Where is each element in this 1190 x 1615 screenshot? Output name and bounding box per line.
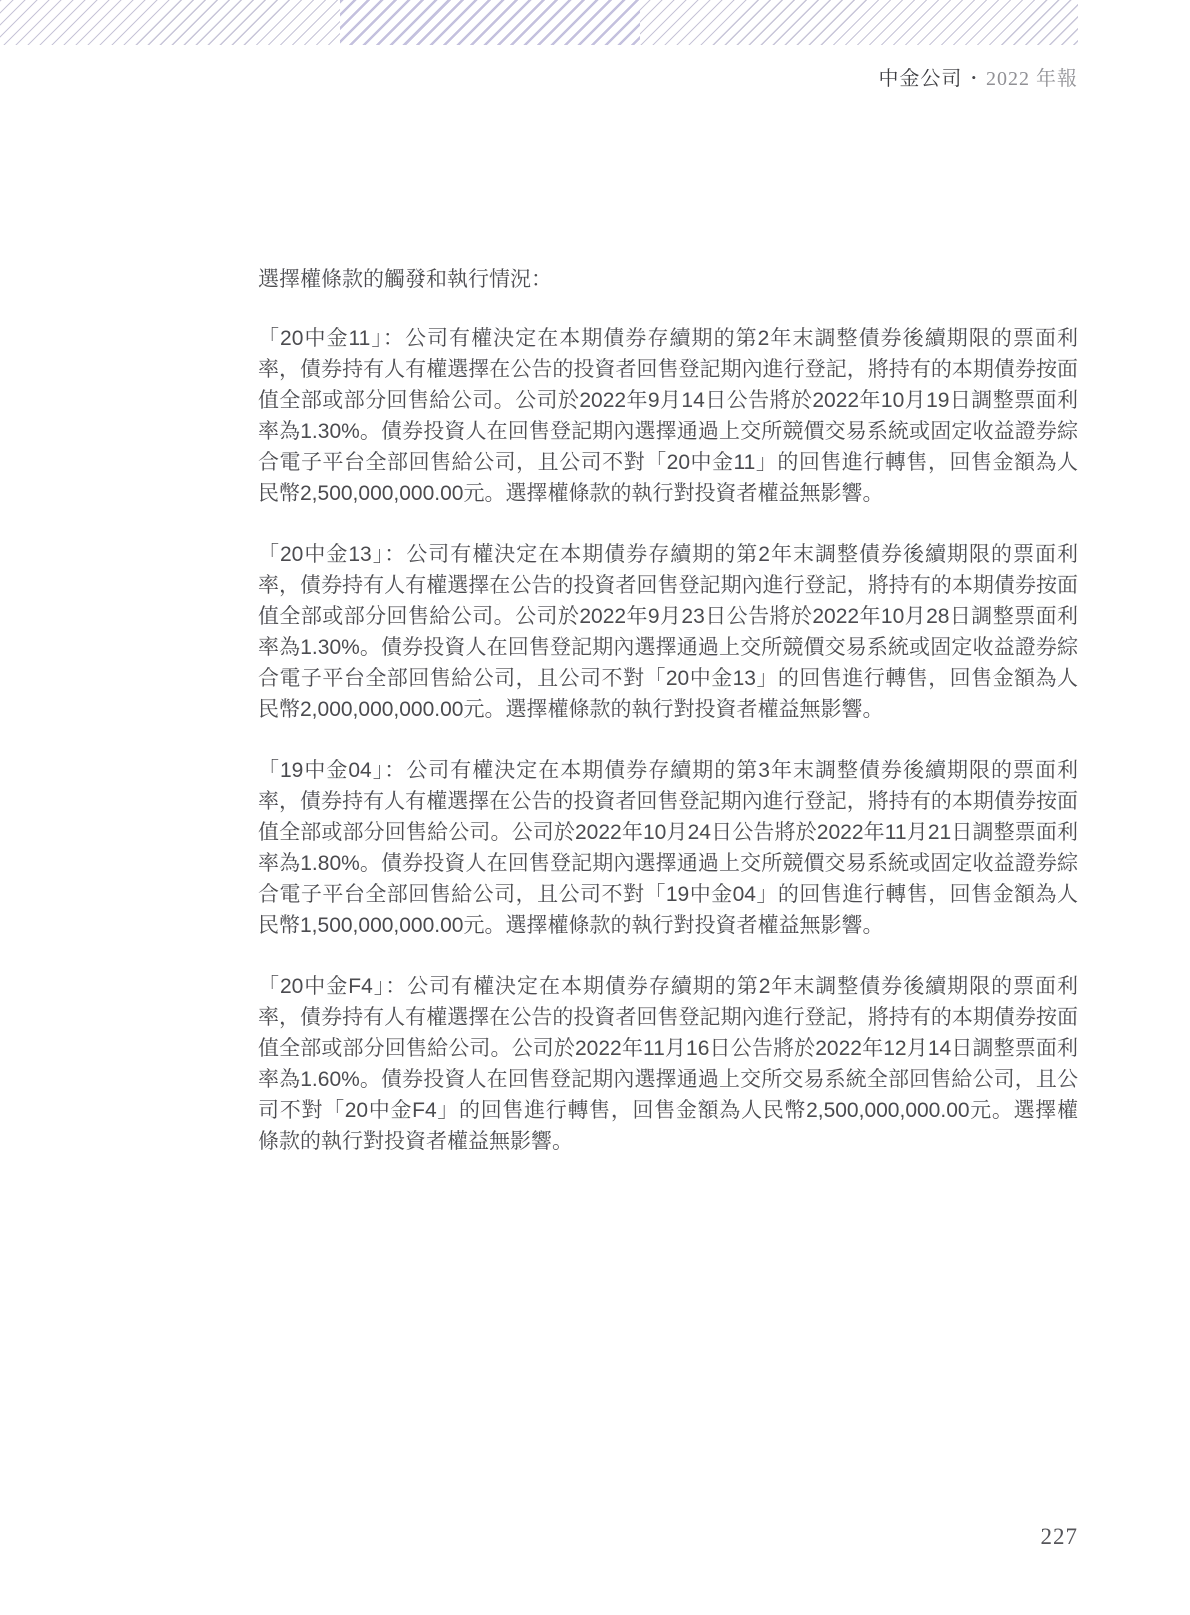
body-content: 選擇權條款的觸發和執行情況： 「20中金11」：公司有權決定在本期債券存續期的第…: [258, 264, 1078, 1157]
paragraph-bond-20cicc11: 「20中金11」：公司有權決定在本期債券存續期的第2年末調整債券後續期限的票面利…: [258, 323, 1078, 509]
paragraph-bond-20ciccf4: 「20中金F4」：公司有權決定在本期債券存續期的第2年末調整債券後續期限的票面利…: [258, 971, 1078, 1157]
paragraph-bond-20cicc13: 「20中金13」：公司有權決定在本期債券存續期的第2年末調整債券後續期限的票面利…: [258, 539, 1078, 725]
report-title: 2022 年報: [986, 68, 1078, 90]
annual-report-page: 中金公司•2022 年報 選擇權條款的觸發和執行情況： 「20中金11」：公司有…: [0, 0, 1190, 1615]
section-intro: 選擇權條款的觸發和執行情況：: [258, 264, 1078, 295]
bullet-separator: •: [971, 70, 977, 85]
decorative-hatch-accent: [340, 0, 640, 45]
page-number: 227: [1041, 1524, 1079, 1550]
paragraph-bond-19cicc04: 「19中金04」：公司有權決定在本期債券存續期的第3年末調整債券後續期限的票面利…: [258, 755, 1078, 941]
company-name: 中金公司: [878, 68, 962, 90]
running-header: 中金公司•2022 年報: [878, 62, 1078, 91]
decorative-hatch-band: [0, 0, 1078, 45]
